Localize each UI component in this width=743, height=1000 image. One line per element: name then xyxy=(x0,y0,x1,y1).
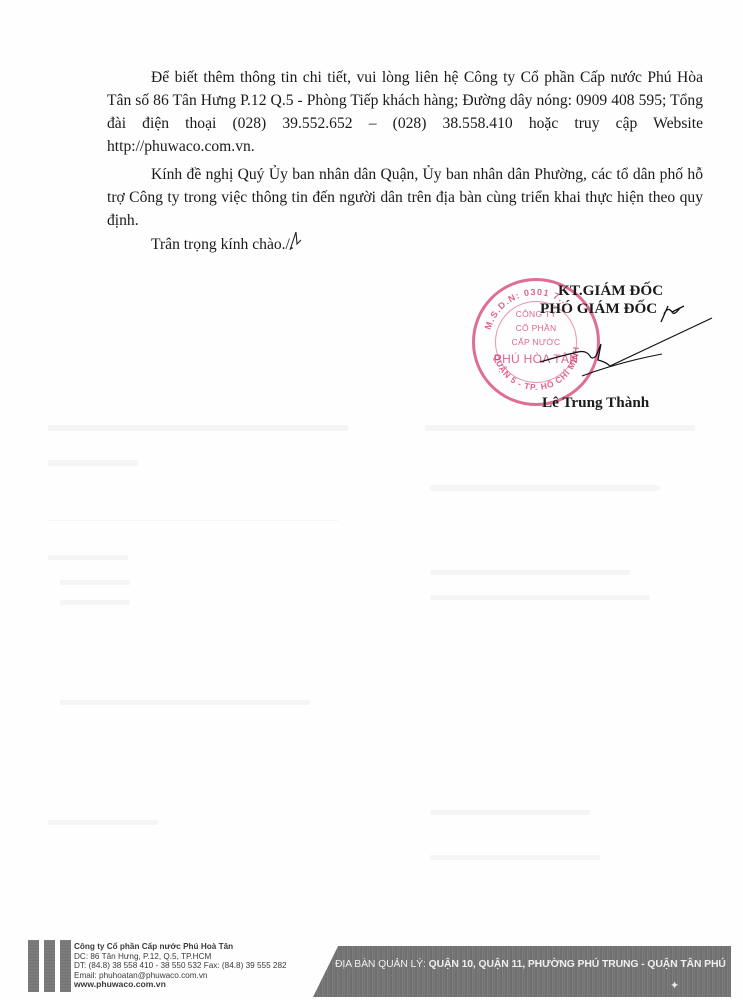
footer-address: DC: 86 Tân Hưng, P.12, Q.5, TP.HCM xyxy=(74,952,287,962)
bleed-through-mark xyxy=(60,600,130,605)
contact-info-text: Để biết thêm thông tin chi tiết, vui lòn… xyxy=(107,69,703,155)
bleed-through-mark xyxy=(430,485,660,491)
company-logo-icon xyxy=(28,940,39,992)
footer-website: www.phuwaco.com.vn xyxy=(74,980,287,990)
request-paragraph: Kính đề nghị Quý Ủy ban nhân dân Quận, Ủ… xyxy=(107,163,703,232)
document-page: Để biết thêm thông tin chi tiết, vui lòn… xyxy=(0,0,743,1000)
closing-salutation: Trân trọng kính chào./. xyxy=(151,233,294,256)
service-area-text: ĐỊA BÀN QUẢN LÝ: QUẬN 10, QUẬN 11, PHƯỜN… xyxy=(335,959,726,970)
footer-contact-block: Công ty Cổ phần Cấp nước Phú Hoà Tân DC:… xyxy=(74,942,287,990)
bleed-through-mark xyxy=(48,460,138,466)
bleed-through-mark xyxy=(48,425,348,431)
water-drop-logo-icon: ✦ xyxy=(670,979,679,992)
footer-phone-fax: DT: (84.8) 38 558 410 - 38 550 532 Fax: … xyxy=(74,961,287,971)
bleed-through-mark xyxy=(48,555,128,560)
bleed-through-mark xyxy=(60,700,310,705)
stamp-line: CỔ PHẦN xyxy=(472,323,600,334)
stamp-line: CẤP NƯỚC xyxy=(472,337,600,348)
company-logo-icon xyxy=(60,940,71,992)
company-logo-icon xyxy=(44,940,55,992)
service-area-banner xyxy=(313,946,731,997)
bleed-through-mark xyxy=(430,855,600,860)
bleed-through-mark xyxy=(60,580,130,585)
signature-title-line2: PHÓ GIÁM ĐỐC xyxy=(540,299,657,319)
bleed-through-mark xyxy=(430,810,590,815)
request-text: Kính đề nghị Quý Ủy ban nhân dân Quận, Ủ… xyxy=(107,166,703,229)
bleed-through-mark xyxy=(430,595,650,600)
banner-label: ĐỊA BÀN QUẢN LÝ: xyxy=(335,959,426,970)
signatory-name: Lê Trung Thành xyxy=(542,393,649,413)
bleed-through-mark xyxy=(425,425,695,431)
contact-info-paragraph: Để biết thêm thông tin chi tiết, vui lòn… xyxy=(107,66,703,158)
signature-title-line1: KT.GIÁM ĐỐC xyxy=(558,281,663,301)
bleed-through-mark xyxy=(430,570,630,575)
stamp-line: PHÚ HÒA TÂN xyxy=(472,352,600,366)
footer-company-name: Công ty Cổ phần Cấp nước Phú Hoà Tân xyxy=(74,942,287,952)
bleed-through-mark xyxy=(48,520,338,521)
bleed-through-mark xyxy=(48,820,158,825)
banner-areas: QUẬN 10, QUẬN 11, PHƯỜNG PHÚ TRUNG - QUẬ… xyxy=(429,959,726,970)
